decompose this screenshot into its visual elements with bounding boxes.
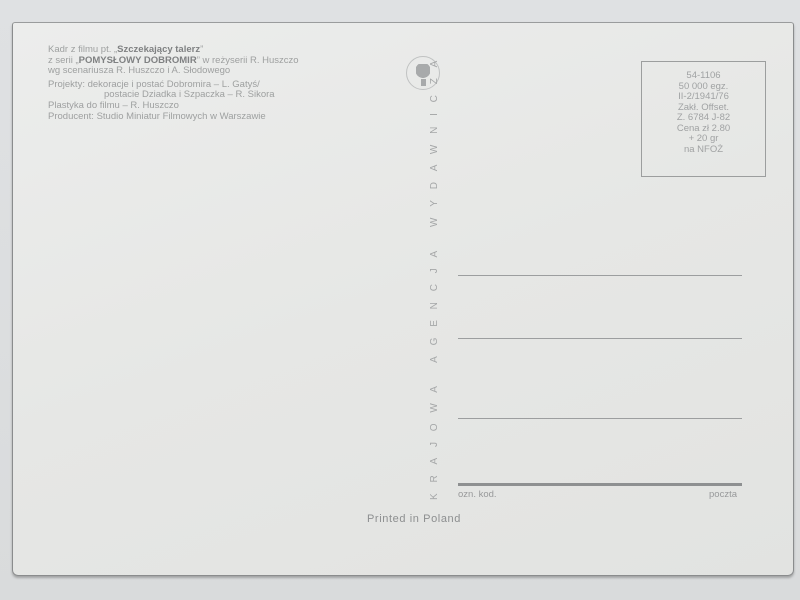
- stamp-line: + 20 gr: [642, 134, 765, 145]
- stamp-line: II-2/1941/76: [642, 92, 765, 103]
- address-line-1: [458, 275, 742, 276]
- film-credits: Kadr z filmu pt. „Szczekający talerz” z …: [48, 45, 299, 122]
- address-line-postal: [458, 483, 742, 486]
- post-office-label: poczta: [709, 489, 737, 500]
- film-title: Szczekający talerz: [117, 44, 200, 55]
- credit-line-art: Plastyka do filmu – R. Huszczo: [48, 101, 299, 112]
- address-line-2: [458, 338, 742, 339]
- stamp-box: 54-1106 50 000 egz. II-2/1941/76 Zakł. O…: [641, 61, 766, 177]
- credit-line-producer: Producent: Studio Miniatur Filmowych w W…: [48, 112, 299, 123]
- credit-line-screenplay: wg scenariusza R. Huszczo i A. Słodowego: [48, 66, 299, 77]
- stamp-line: Z. 6784 J-82: [642, 113, 765, 124]
- stamp-line: na NFOŻ: [642, 145, 765, 156]
- credit-text: ”: [200, 44, 203, 55]
- postal-code-label: ozn. kod.: [458, 489, 497, 500]
- stamp-line: 54-1106: [642, 71, 765, 82]
- series-title: POMYSŁOWY DOBROMIR: [79, 55, 197, 66]
- address-line-3: [458, 418, 742, 419]
- credit-text: ” w reżyserii R. Huszczo: [197, 55, 299, 66]
- credit-text: Kadr z filmu pt. „: [48, 44, 117, 55]
- credit-text: z serii „: [48, 55, 79, 66]
- publisher-vertical-text: KRAJOWA AGENCJA WYDAWNICZA: [429, 50, 440, 500]
- printed-in-poland: Printed in Poland: [367, 513, 461, 525]
